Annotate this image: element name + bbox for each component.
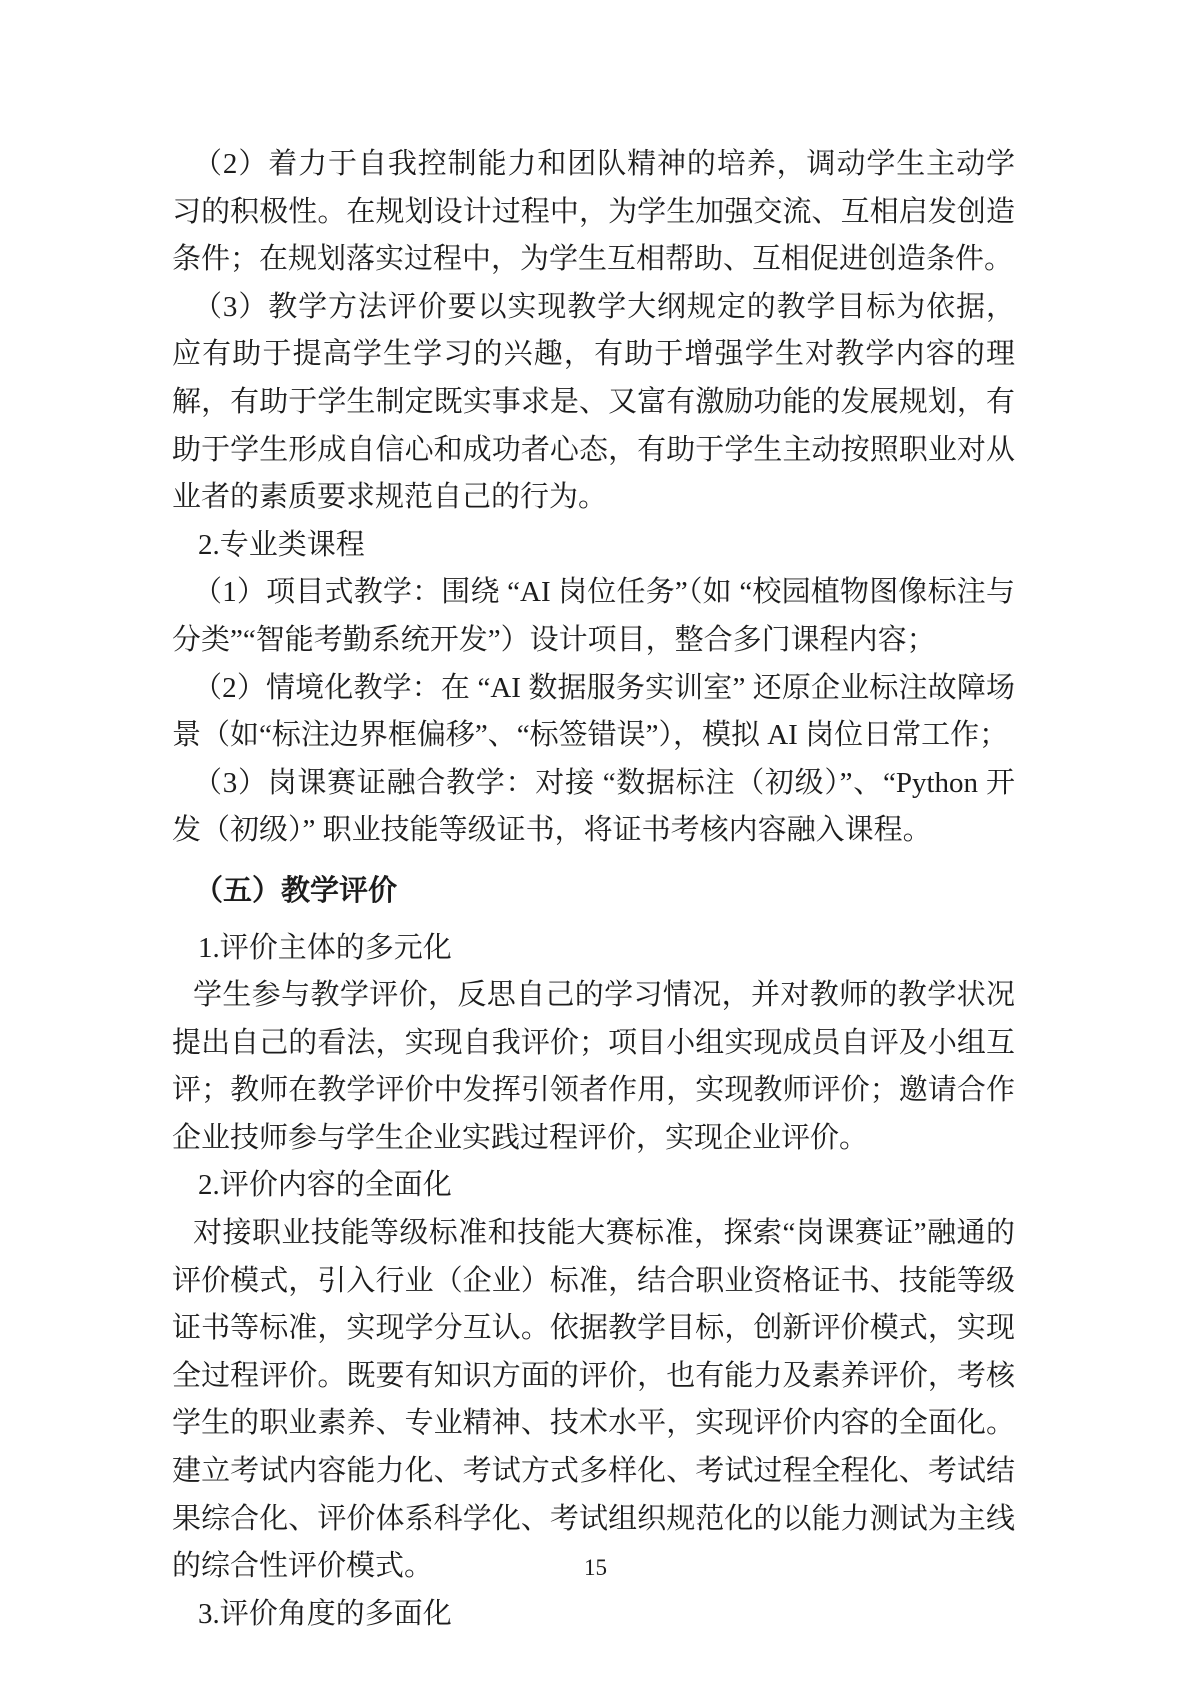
subheading-evaluation-subjects: 1.评价主体的多元化 bbox=[172, 925, 1015, 973]
page-number: 15 bbox=[0, 1553, 1191, 1583]
paragraph-certificate-teaching: （3）岗课赛证融合教学：对接 “数据标注（初级）”、“Python 开发（初级）… bbox=[172, 760, 1015, 855]
subheading-evaluation-content: 2.评价内容的全面化 bbox=[172, 1162, 1015, 1210]
paragraph-evaluation-content: 对接职业技能等级标准和技能大赛标准，探索“岗课赛证”融通的评价模式，引入行业（企… bbox=[172, 1210, 1015, 1591]
page-body: （2）着力于自我控制能力和团队精神的培养，调动学生主动学习的积极性。在规划设计过… bbox=[172, 141, 1015, 1638]
subheading-major-courses: 2.专业类课程 bbox=[172, 522, 1015, 570]
paragraph-situational-teaching: （2）情境化教学：在 “AI 数据服务实训室” 还原企业标注故障场景（如“标注边… bbox=[172, 665, 1015, 760]
document-page: （2）着力于自我控制能力和团队精神的培养，调动学生主动学习的积极性。在规划设计过… bbox=[0, 0, 1191, 1684]
paragraph-teaching-method-3: （3）教学方法评价要以实现教学大纲规定的教学目标为依据，应有助于提高学生学习的兴… bbox=[172, 284, 1015, 522]
section-heading-teaching-evaluation: （五）教学评价 bbox=[172, 868, 1015, 916]
paragraph-project-teaching: （1）项目式教学：围绕 “AI 岗位任务”（如 “校园植物图像标注与分类”“智能… bbox=[172, 569, 1015, 664]
paragraph-teaching-method-2: （2）着力于自我控制能力和团队精神的培养，调动学生主动学习的积极性。在规划设计过… bbox=[172, 141, 1015, 284]
paragraph-evaluation-subjects: 学生参与教学评价，反思自己的学习情况，并对教师的教学状况提出自己的看法，实现自我… bbox=[172, 972, 1015, 1162]
subheading-evaluation-angles: 3.评价角度的多面化 bbox=[172, 1591, 1015, 1639]
